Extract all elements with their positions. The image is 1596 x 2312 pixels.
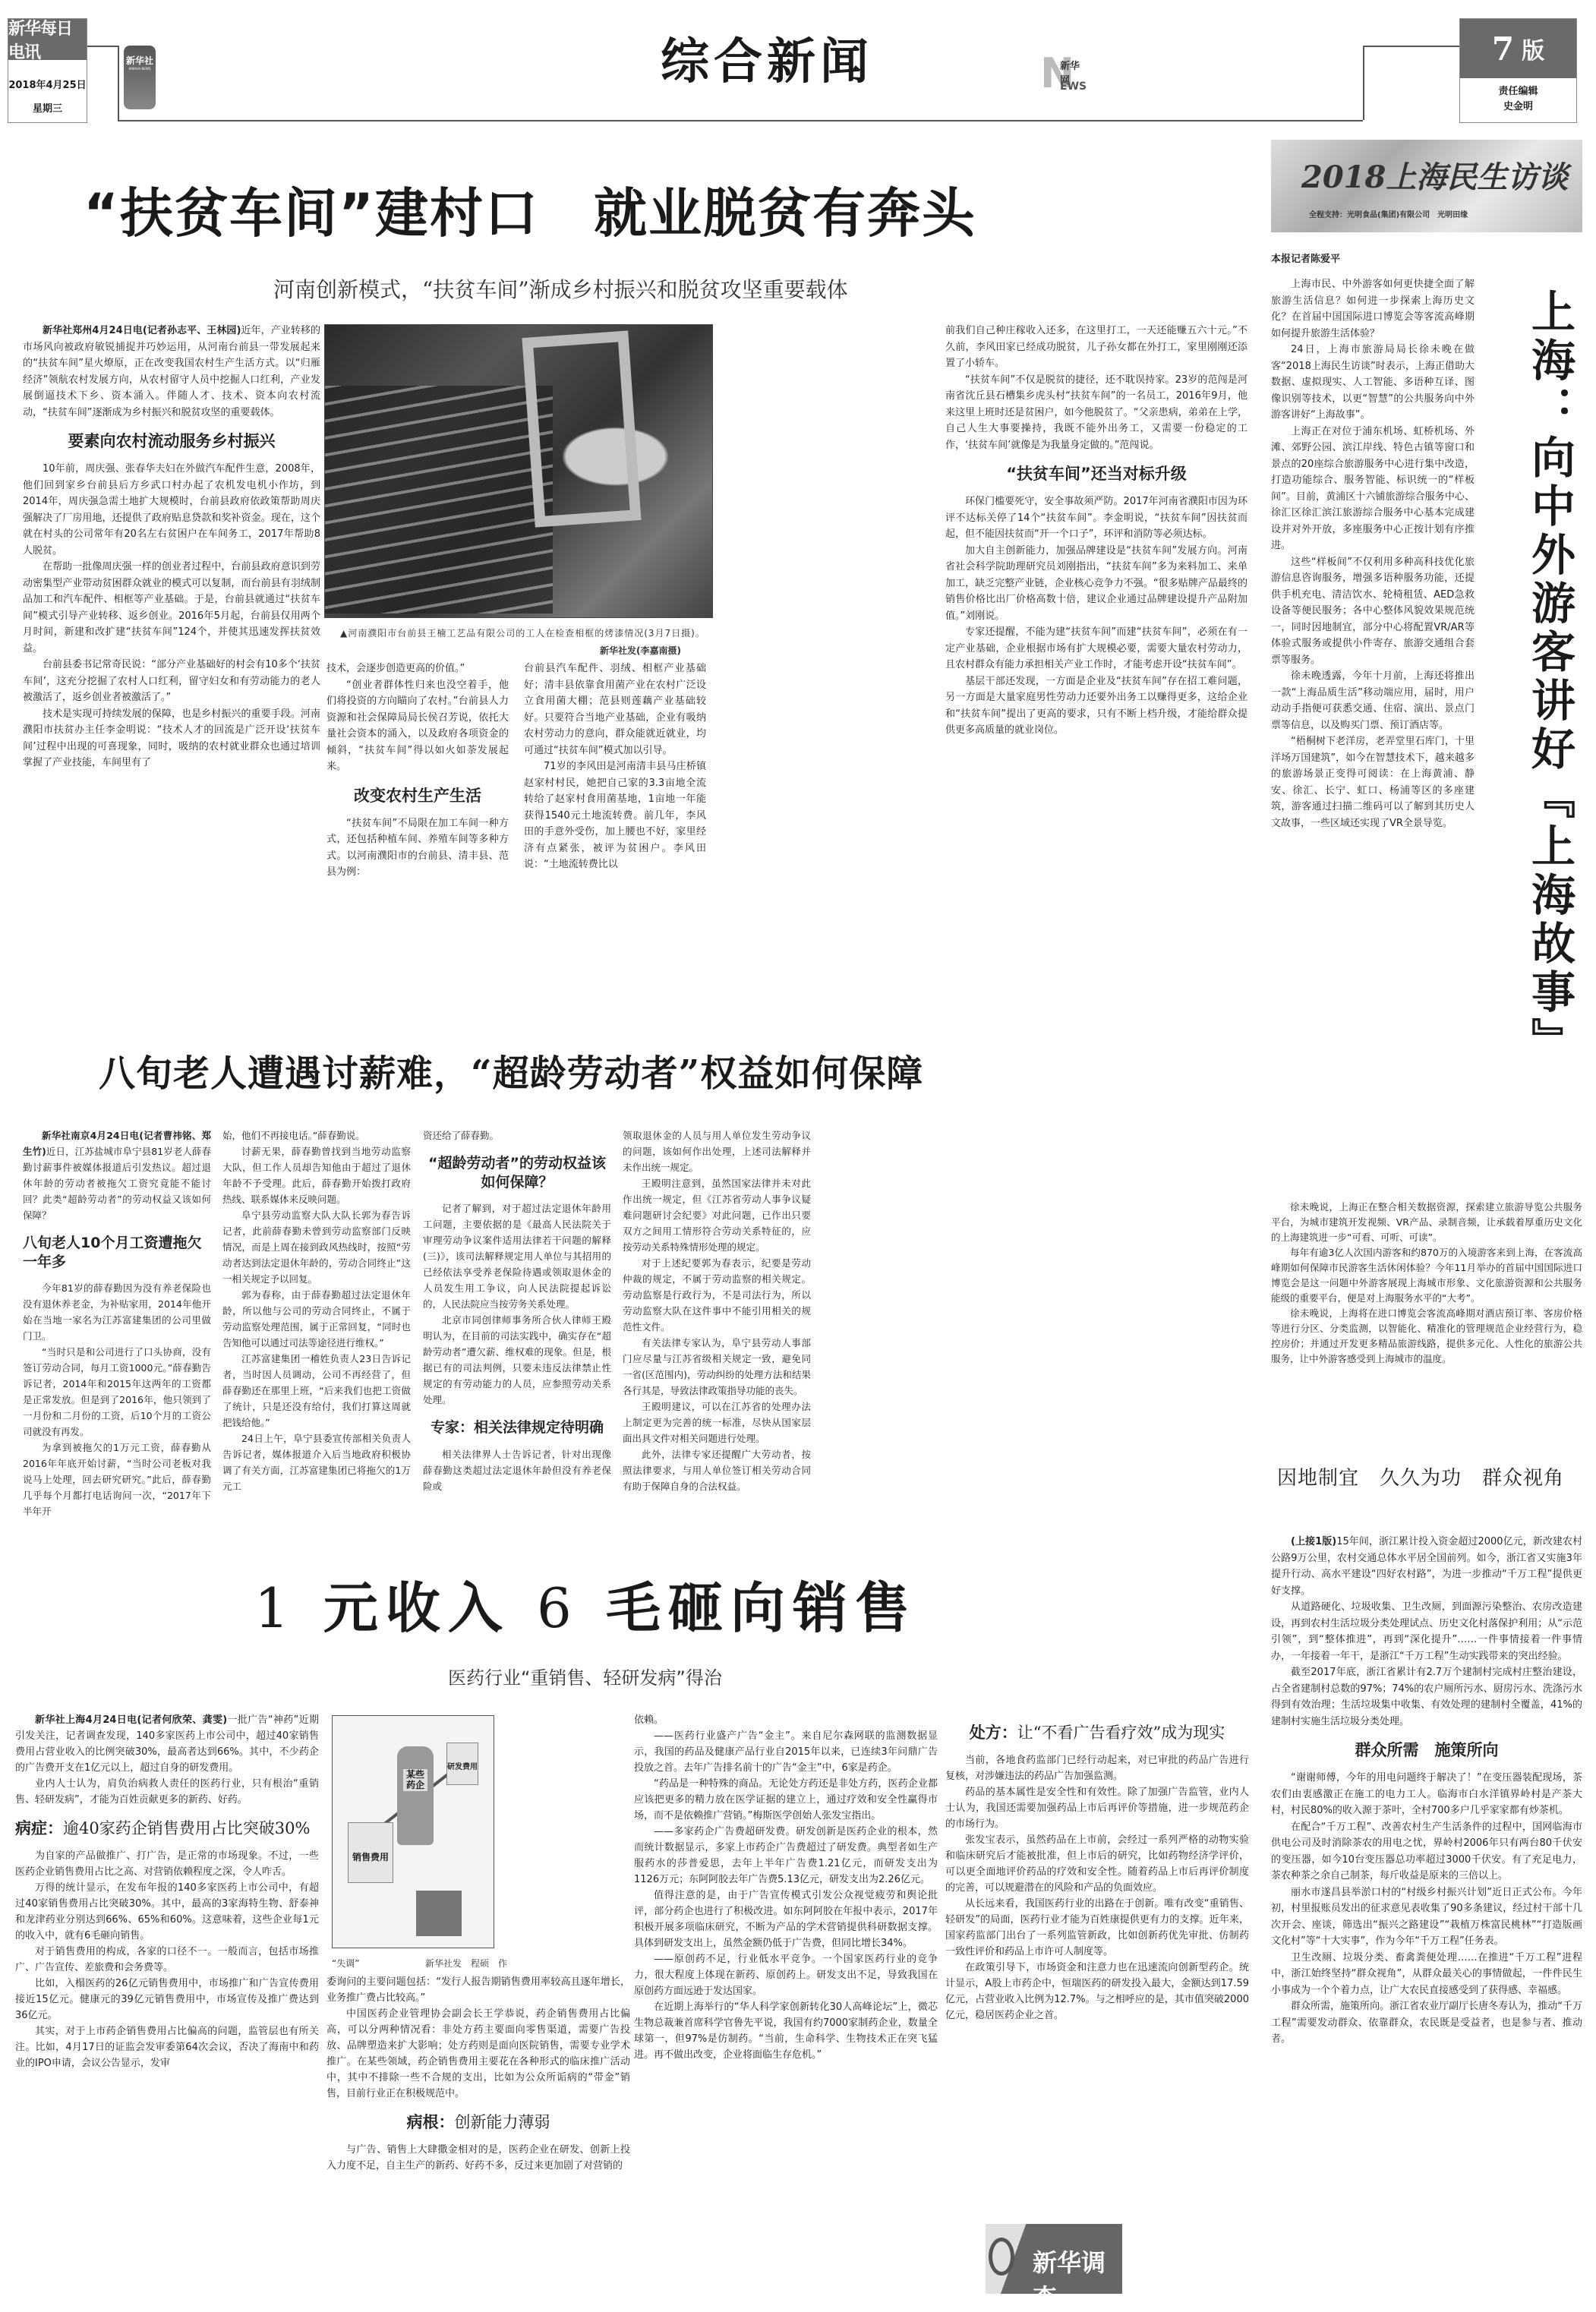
paragraph: 台前县汽车配件、羽绒、相框产业基础好；清丰县依靠食用菌产业在农村广泛设立食用菌大… — [524, 661, 706, 759]
article3-section2-title: 病根：创新能力薄弱 — [326, 2112, 630, 2133]
lead-body: 近年，产业转移的市场风向被政府敏锐捕捉并巧妙运用，从河南台前县一带发展起来的“扶… — [23, 325, 320, 418]
section-label: 病症： — [15, 1819, 63, 1837]
article1-section3-title: “扶贫车间”还当对标升级 — [945, 464, 1247, 484]
headline-text: 毛砸向销售 — [606, 1576, 917, 1640]
header-rule — [1363, 46, 1364, 120]
paragraph: 依赖。 — [634, 1712, 938, 1728]
paragraph: ——原创药不足，行业低水平竞争。一个国家医药行业的竞争力，很大程度上体现在新药、… — [634, 1951, 938, 1999]
paragraph: 徐未晚说，上海正在整合相关数据资源，探索建立旅游导览公共服务平台，为城市建筑开发… — [1271, 1200, 1582, 1245]
newspaper-name: 新华每日电讯 — [8, 19, 87, 60]
paragraph: 环保门槛要死守，安全事故须严防。2017年河南省濮阳市因为环评不达标关停了14个… — [945, 494, 1247, 543]
article1-section1-title: 要素向农村流动服务乡村振兴 — [23, 431, 320, 452]
paragraph: 记者了解到，对于超过法定退休年龄用工问题，主要依据的是《最高人民法院关于审理劳动… — [423, 1200, 611, 1312]
paragraph: 技术，会逐步创造更高的价值。” — [326, 661, 509, 677]
section-title-text: 创新能力薄弱 — [455, 2113, 550, 2131]
paragraph: 对于上述纪要郭为春表示，纪要是劳动仲裁的规定，不属于劳动监察的相关规定。劳动监察… — [623, 1255, 811, 1335]
paragraph: “药品是一种特殊的商品。无论处方药还是非处方药，医药企业都应该把更多的精力放在医… — [634, 1776, 938, 1824]
lead-body: 近日，江苏盐城市阜宁县81岁老人薛春勤讨薪事件被媒体报道后引发热议。超过退休年龄… — [23, 1146, 211, 1221]
paragraph: 24日，上海市旅游局局长徐未晚在做客“2018上海民生访谈”时表示，上海正借助大… — [1271, 342, 1475, 424]
article3-column-1: 新华社上海4月24日电(记者何欣荣、龚雯)一批广告“神药”近期引发关注，记者调查… — [15, 1712, 319, 2071]
paragraph: 领取退休金的人员与用人单位发生劳动争议的问题，该如何作出处理，上述司法解释并未作… — [623, 1128, 811, 1175]
page-editor: 责任编辑 史金明 — [1460, 84, 1576, 114]
article2-column-4: 领取退休金的人员与用人单位发生劳动争议的问题，该如何作出处理，上述司法解释并未作… — [623, 1128, 811, 1494]
article1-subhead: 河南创新模式，“扶贫车间”渐成乡村振兴和脱贫攻坚重要载体 — [273, 273, 848, 304]
paragraph: 卫生改厕、垃圾分类、畜禽粪便处理……在推进“千万工程”进程中，浙江始终坚持“群众… — [1271, 1950, 1582, 1999]
paragraph: 专家还提醒，不能为建“扶贫车间”而建“扶贫车间”，必须在有一定产业基础，企业根据… — [945, 624, 1247, 673]
article1-column-3: 台前县汽车配件、羽绒、相框产业基础好；清丰县依靠食用菌产业在农村广泛设立食用菌大… — [524, 661, 706, 873]
paragraph: 加大自主创新能力，加强品牌建设是“扶贫车间”发展方向。河南省社会科学院助理研究员… — [945, 543, 1247, 625]
article2-headline: 八旬老人遭遇讨薪难，“超龄劳动者”权益如何保障 — [99, 1044, 923, 1096]
xinhua-logo-text: 新华社 — [126, 55, 153, 66]
paragraph: 药品的基本属性是安全性和有效性。除了加强广告监管，业内人士认为，我国还需要加强药… — [945, 1784, 1249, 1832]
paragraph: 此外，法律专家还提醒广大劳动者，按照法律要求，与用人单位签订相关劳动合同有助于保… — [623, 1446, 811, 1494]
cartoon-rd-block: 研发费用 — [446, 1743, 478, 1785]
article3-section3-title: 处方：让“不看广告看疗效”成为现实 — [945, 1723, 1249, 1743]
paragraph: 始，他们不再接电话。”薛春勤说。 — [222, 1128, 411, 1143]
paragraph: 对于销售费用的构成，各家的口径不一。一般而言，包括市场推广、广告宣传、差旅费和会… — [15, 1944, 319, 1976]
article3-section1-title: 病症：逾40家药企销售费用占比突破30% — [15, 1818, 319, 1839]
article3-cartoon: 销售费用 某些药企 研发费用 — [332, 1715, 494, 1948]
paragraph: ——多家药企广告费超研发费。研发创新是医药企业的根本，然而统计数据显示，多家上市… — [634, 1824, 938, 1888]
header-rule — [1363, 46, 1459, 47]
article2-column-3: 资还给了薛春勤。 “超龄劳动者”的劳动权益该如何保障？ 记者了解到，对于超过法定… — [423, 1128, 611, 1494]
paragraph: 丽水市遂昌县举淤口村的“村级乡村振兴计划”近日正式公布。今年初，村里报账员发出的… — [1271, 1885, 1582, 1950]
xinhuanet-logo-ews: EWS — [1060, 80, 1087, 93]
paragraph: 比如，入榻医药的26亿元销售费用中，市场推广和广告宣传费用接近15亿元。健康元的… — [15, 1976, 319, 2023]
paragraph: “当时只是和公司进行了口头协商，没有签订劳动合同，每月工资1000元。”薛春勤告… — [23, 1344, 211, 1440]
paragraph: 在政策引导下，市场资金和注意力也在迅速流向创新型药企。统计显示，A股上市药企中，… — [945, 1960, 1249, 2023]
article1-photo-caption: ▲河南濮阳市台前县王楠工艺品有限公司的工人在检查相框的烤漆情况(3月7日摄)。 — [340, 626, 705, 639]
page-info-box: 7 版 责任编辑 史金明 — [1459, 18, 1577, 123]
headline-number: 1 — [254, 1576, 297, 1640]
paragraph: 王殿明建议，可以在江苏省的处理办法上制定更为完善的统一标准，尽快从国家层面出具文… — [623, 1399, 811, 1446]
banner-title: 2018上海民生访谈 — [1301, 153, 1568, 197]
xinhua-investigation-badge: 新华调查 — [986, 2224, 1122, 2294]
paragraph: 截至2017年底，浙江省累计有2.7万个建制村完成村庄整治建设，占全省建制村总数… — [1271, 1664, 1582, 1730]
paragraph: 这些“样板间”不仅利用多种高科技优化旅游信息咨询服务，增强多语种服务功能，还提供… — [1271, 554, 1475, 669]
paragraph: 在近期上海举行的“华人科学家创新转化30人高峰论坛”上，微芯生物总裁兼首席科学官… — [634, 1999, 938, 2063]
paragraph: 71岁的李风田是河南清丰县马庄桥镇赵家村村民，她把自己家的3.3亩地全流转给了赵… — [524, 759, 706, 873]
paragraph: 其实，对于上市药企销售费用占比偏高的问题，监管层也有所关注。比如，4月17日的证… — [15, 2023, 319, 2071]
paragraph: 当前，各地食药监部门已经行动起来，对已审批的药品广告进行复核，对涉嫌违法的药品广… — [945, 1752, 1249, 1784]
page-number-value: 7 — [1492, 30, 1514, 68]
paragraph: 在配合“千万工程”、改善农村生产生活条件的过程中，国网临海市供电公司及时消除茶农… — [1271, 1819, 1582, 1885]
paragraph: 郭为春称，由于薛春勤超过法定退休年龄，所以他与公司的劳动合同终止，不属于劳动监察… — [222, 1287, 411, 1351]
paragraph: 为自家的产品做推广、打广告，是正常的市场现象。不过，一些医药企业销售费用占比之高… — [15, 1848, 319, 1880]
shanghai-column-upper: 上海市民、中外游客如何更快捷全面了解旅游生活信息？如何进一步探索上海历史文化？在… — [1271, 276, 1475, 831]
article3-lead: 新华社上海4月24日电(记者何欣荣、龚雯)一批广告“神药”近期引发关注，记者调查… — [15, 1712, 319, 1776]
issue-weekday: 星期三 — [8, 100, 87, 115]
article2-section3-title: 专家：相关法律规定待明确 — [423, 1418, 611, 1437]
photo-racks — [325, 386, 553, 613]
paragraph: 为拿到被拖欠的1万元工资，薛春勤从2016年年底开始讨薪，“当时公司老板对我说马… — [23, 1440, 211, 1519]
paragraph: “扶贫车间”不仅是脱贫的捷径，还不耽误持家。23岁的范闯是河南省沈丘县石槽集乡虎… — [945, 372, 1247, 454]
article1-photo — [324, 324, 713, 618]
paragraph: 从道路硬化、垃圾收集、卫生改厕，到面源污染整治、农房改造建设，再到农村生活垃圾分… — [1271, 1599, 1582, 1664]
page-number-suffix: 版 — [1522, 32, 1544, 65]
paragraph: 委询问的主要问题包括：“发行人报告期销售费用率较高且逐年增长，业务推广费占比较高… — [326, 1974, 630, 2006]
shanghai-vertical-headline: 上海：向中外游客讲好『上海故事』 — [1496, 289, 1572, 1066]
section-title-text: 让“不看广告看疗效”成为现实 — [1017, 1724, 1225, 1742]
paragraph: 值得注意的是，由于广告宣传模式引发公众视觉疲劳和舆论批评，部分药企也进行了积极改… — [634, 1888, 938, 1951]
paragraph: 在帮助一批像周庆强一样的创业者过程中，台前县政府意识到劳动密集型产业带动贫困群众… — [23, 559, 320, 657]
paragraph: 徐未晚透露，今年十月前，上海还将推出一款“上海品质生活”移动端应用，届时，用户动… — [1271, 668, 1475, 733]
paragraph: (上接1版)15年间，浙江累计投入资金超过2000亿元，新改建农村公路9万公里，… — [1271, 1534, 1582, 1599]
paragraph: 上海市民、中外游客如何更快捷全面了解旅游生活信息？如何进一步探索上海历史文化？在… — [1271, 276, 1475, 342]
article1-photo-credit: 新华社发(李嘉南摄) — [600, 644, 681, 657]
paragraph: 讨薪无果，薛春勤曾找到当地劳动监察大队，但工作人员却告知他由于超过了退休年龄不予… — [222, 1143, 411, 1207]
paragraph: “梧桐树下老洋房，老弄堂里石库门，十里洋场万国建筑”，如今在智慧技术下，越来越多… — [1271, 733, 1475, 831]
paragraph: 有关法律专家认为，阜宁县劳动人事部门应尽量与江苏省级相关规定一致，避免同一省(区… — [623, 1335, 811, 1399]
paragraph: “谢谢师傅，今年的用电问题终于解决了！”在变压器装配现场，茶农们由衷感激正在施工… — [1271, 1770, 1582, 1819]
article1-column-4: 前我们自己种庄稼收入还多，在这里打工，一天还能赚五六十元。”不久前，李风田家已经… — [945, 323, 1247, 739]
paragraph: 阜宁县劳动监察大队大队长郭为春告诉记者，此前薛春勤未曾到劳动监察部门反映情况，而… — [222, 1207, 411, 1287]
article3-column-4: 处方：让“不看广告看疗效”成为现实 当前，各地食药监部门已经行动起来，对已审批的… — [945, 1712, 1249, 2023]
article1-section2-title: 改变农村生产生活 — [326, 786, 509, 806]
paragraph: 10年前，周庆强、张春华夫妇在外做汽车配件生意，2008年，他们回到家乡台前县后… — [23, 461, 320, 559]
xinhua-logo-en: XINHUA NEWS — [124, 68, 156, 71]
section-label: 病根： — [407, 2113, 455, 2131]
zhejiang-column: (上接1版)15年间，浙江累计投入资金超过2000亿元，新改建农村公路9万公里，… — [1271, 1534, 1582, 2048]
paragraph: 群众所需，施策所向。浙江省农业厅副厅长唐冬寿认为，推动“千万工程”需要发动群众、… — [1271, 1998, 1582, 2048]
paragraph: 每年有逾3亿人次国内游客和约870万的入境游客来到上海，在客流高峰期如何保障市民… — [1271, 1245, 1582, 1306]
paragraph: 中国医药企业管理协会副会长王学恭说，药企销售费用占比偏高，可以分两种情况看：非处… — [326, 2006, 630, 2102]
article3-headline: 1 元收入 6 毛砸向销售 — [254, 1564, 917, 1643]
paragraph: ——医药行业盛产广告“金主”。来自尼尔森网联的监测数据显示，我国的药品及健康产品… — [634, 1728, 938, 1776]
zhejiang-headline: 因地制宜 久久为功 群众视角 — [1277, 1462, 1564, 1490]
article1-column-2: 技术，会逐步创造更高的价值。” “创业者群体性归来也没空着手，他们将投资的方向瞄… — [326, 661, 509, 881]
banner-sponsor: 全程支持：光明食品(集团)有限公司 光明田缘 — [1309, 208, 1468, 219]
cartoon-stand — [416, 1891, 462, 1936]
zhejiang-section-title: 群众所需 施策所向 — [1271, 1740, 1582, 1761]
masthead-rule — [118, 46, 119, 120]
paragraph: 今年81岁的薛春勤因为没有养老保险也没有退休养老金，为补贴家用，2014年他开始… — [23, 1280, 211, 1344]
cartoon-sales-block: 销售费用 — [348, 1822, 393, 1883]
header-rule — [118, 120, 1363, 121]
section-title-text: 逾40家药企销售费用占比突破30% — [63, 1819, 310, 1837]
paragraph: “扶贫车间”不局限在加工车间一种方式，还包括种植车间、养殖车间等多种方式。以河南… — [326, 815, 509, 881]
paragraph: 24日上午，阜宁县委宣传部相关负责人告诉记者，媒体报道介入后当地政府积极协调了有… — [222, 1430, 411, 1494]
editor-name: 史金明 — [1460, 99, 1576, 115]
headline-text: 元收入 — [323, 1576, 510, 1640]
photo-frame — [522, 330, 641, 527]
cartoon-caption: “失调” — [332, 1957, 359, 1970]
badge-text: 新华调查 — [1033, 2244, 1122, 2312]
article3-column-2: 委询问的主要问题包括：“发行人报告期销售费用率较高且逐年增长，业务推广费占比较高… — [326, 1974, 630, 2174]
paragraph: 技术是实现可持续发展的保障，也是乡村振兴的重要手段。河南濮阳市扶贫办主任李金明说… — [23, 706, 320, 771]
headline-number: 6 — [537, 1576, 579, 1640]
cartoon-bottle-label: 某些药企 — [403, 1769, 427, 1791]
article2-section1-title: 八旬老人10个月工资遭拖欠一年多 — [23, 1234, 211, 1271]
issue-date: 2018年4月25日 — [8, 77, 87, 91]
editor-label: 责任编辑 — [1460, 84, 1576, 99]
masthead-rule — [87, 46, 118, 47]
section-title: 综合新闻 — [661, 23, 873, 93]
continued-from: (上接1版) — [1291, 1536, 1336, 1547]
article3-column-3: 依赖。 ——医药行业盛产广告“金主”。来自尼尔森网联的监测数据显示，我国的药品及… — [634, 1712, 938, 2063]
paragraph: 徐未晚说，上海将在进口博览会客流高峰期对酒店预订率、客房价格等进行分区、分类监测… — [1271, 1306, 1582, 1367]
paragraph: 与广告、销售上大肆撒金相对的是，医药企业在研发、创新上投入力度不足，自主生产的新… — [326, 2142, 630, 2174]
paragraph: 基层干部还发现，一方面是企业及“扶贫车间”存在招工难问题，另一方面是大量家庭男性… — [945, 673, 1247, 739]
shanghai-column-lower: 徐未晚说，上海正在整合相关数据资源，探索建立旅游导览公共服务平台，为城市建筑开发… — [1271, 1200, 1582, 1367]
paragraph: 从长远来看，我国医药行业的出路在于创新。唯有改变“重销售、轻研发”的局面，医药行… — [945, 1896, 1249, 1960]
dateline: 新华社郑州4月24日电(记者孙志平、王林园) — [43, 325, 241, 336]
paragraph: 江苏富建集团一稽姓负责人23日告诉记者，当时因人员调动，公司不再经营了，但薛春勤… — [222, 1351, 411, 1430]
paragraph: 业内人士认为，肩负治病救人责任的医药行业，只有根治“重销售、轻研发病”，才能为百… — [15, 1776, 319, 1808]
article2-column-1: 新华社南京4月24日电(记者曹祎铭、郑生竹)近日，江苏盐城市阜宁县81岁老人薛春… — [23, 1128, 211, 1519]
paragraph: 北京市同创律师事务所合伙人律师王殿明认为，在目前的司法实践中，确实存在“超龄劳动… — [423, 1312, 611, 1408]
masthead-box: 新华每日电讯 2018年4月25日 星期三 — [8, 18, 87, 123]
article2-lead: 新华社南京4月24日电(记者曹祎铭、郑生竹)近日，江苏盐城市阜宁县81岁老人薛春… — [23, 1128, 211, 1223]
article2-column-2: 始，他们不再接电话。”薛春勤说。 讨薪无果，薛春勤曾找到当地劳动监察大队，但工作… — [222, 1128, 411, 1494]
article2-section2-title: “超龄劳动者”的劳动权益该如何保障？ — [423, 1154, 611, 1191]
shanghai-interview-banner: 2018上海民生访谈 全程支持：光明食品(集团)有限公司 光明田缘 — [1271, 140, 1582, 232]
cartoon-bottle: 某些药企 — [397, 1746, 434, 1845]
cartoon-credit: 新华社发 程硕 作 — [425, 1957, 507, 1970]
paragraph: 王殿明注意到，虽然国家法律并未对此作出统一规定，但《江苏省劳动人事争议疑难问题研… — [623, 1175, 811, 1255]
dateline: 新华社上海4月24日电(记者何欣荣、龚雯) — [35, 1714, 227, 1726]
paragraph: 上海正在对位于浦东机场、虹桥机场、外滩、郊野公园、滨江岸线、特色古镇等窗口和景点… — [1271, 424, 1475, 554]
page-number: 7 版 — [1460, 19, 1576, 78]
shanghai-byline: 本报记者陈爱平 — [1271, 251, 1340, 265]
paragraph: 资还给了薛春勤。 — [423, 1128, 611, 1143]
paragraph: “创业者群体性归来也没空着手，他们将投资的方向瞄向了农村。”台前县人力资源和社会… — [326, 677, 509, 775]
paragraph: 万得的统计显示，在发布年报的140多家医药上市公司中，有超过40家销售费用占比突… — [15, 1880, 319, 1944]
article1-lead: 新华社郑州4月24日电(记者孙志平、王林园)近年，产业转移的市场风向被政府敏锐捕… — [23, 323, 320, 421]
article3-subhead: 医药行业“重销售、轻研发病”得治 — [448, 1663, 722, 1689]
xinhuanet-logo-icon: N 新华网 EWS — [1040, 53, 1086, 99]
xinhua-logo-icon: 新华社 XINHUA NEWS — [124, 46, 156, 109]
magnifier-icon — [989, 2238, 1014, 2276]
paragraph: 相关法律界人士告诉记者，针对出现像薛春勤这类超过法定退休年龄但没有养老保险或 — [423, 1446, 611, 1494]
paragraph: 台前县委书记常奇民说：“部分产业基础好的村会有10多个‘扶贫车间’，这充分挖掘了… — [23, 657, 320, 706]
paragraph: 张发宝表示，虽然药品在上市前，会经过一系列严格的动物实验和临床研究后才能被批准，… — [945, 1832, 1249, 1896]
paragraph: 前我们自己种庄稼收入还多，在这里打工，一天还能赚五六十元。”不久前，李风田家已经… — [945, 323, 1247, 372]
article1-headline: “扶贫车间”建村口 就业脱贫有奔头 — [84, 171, 976, 248]
article1-column-1: 新华社郑州4月24日电(记者孙志平、王林园)近年，产业转移的市场风向被政府敏锐捕… — [23, 323, 320, 771]
section-label: 处方： — [970, 1724, 1017, 1742]
